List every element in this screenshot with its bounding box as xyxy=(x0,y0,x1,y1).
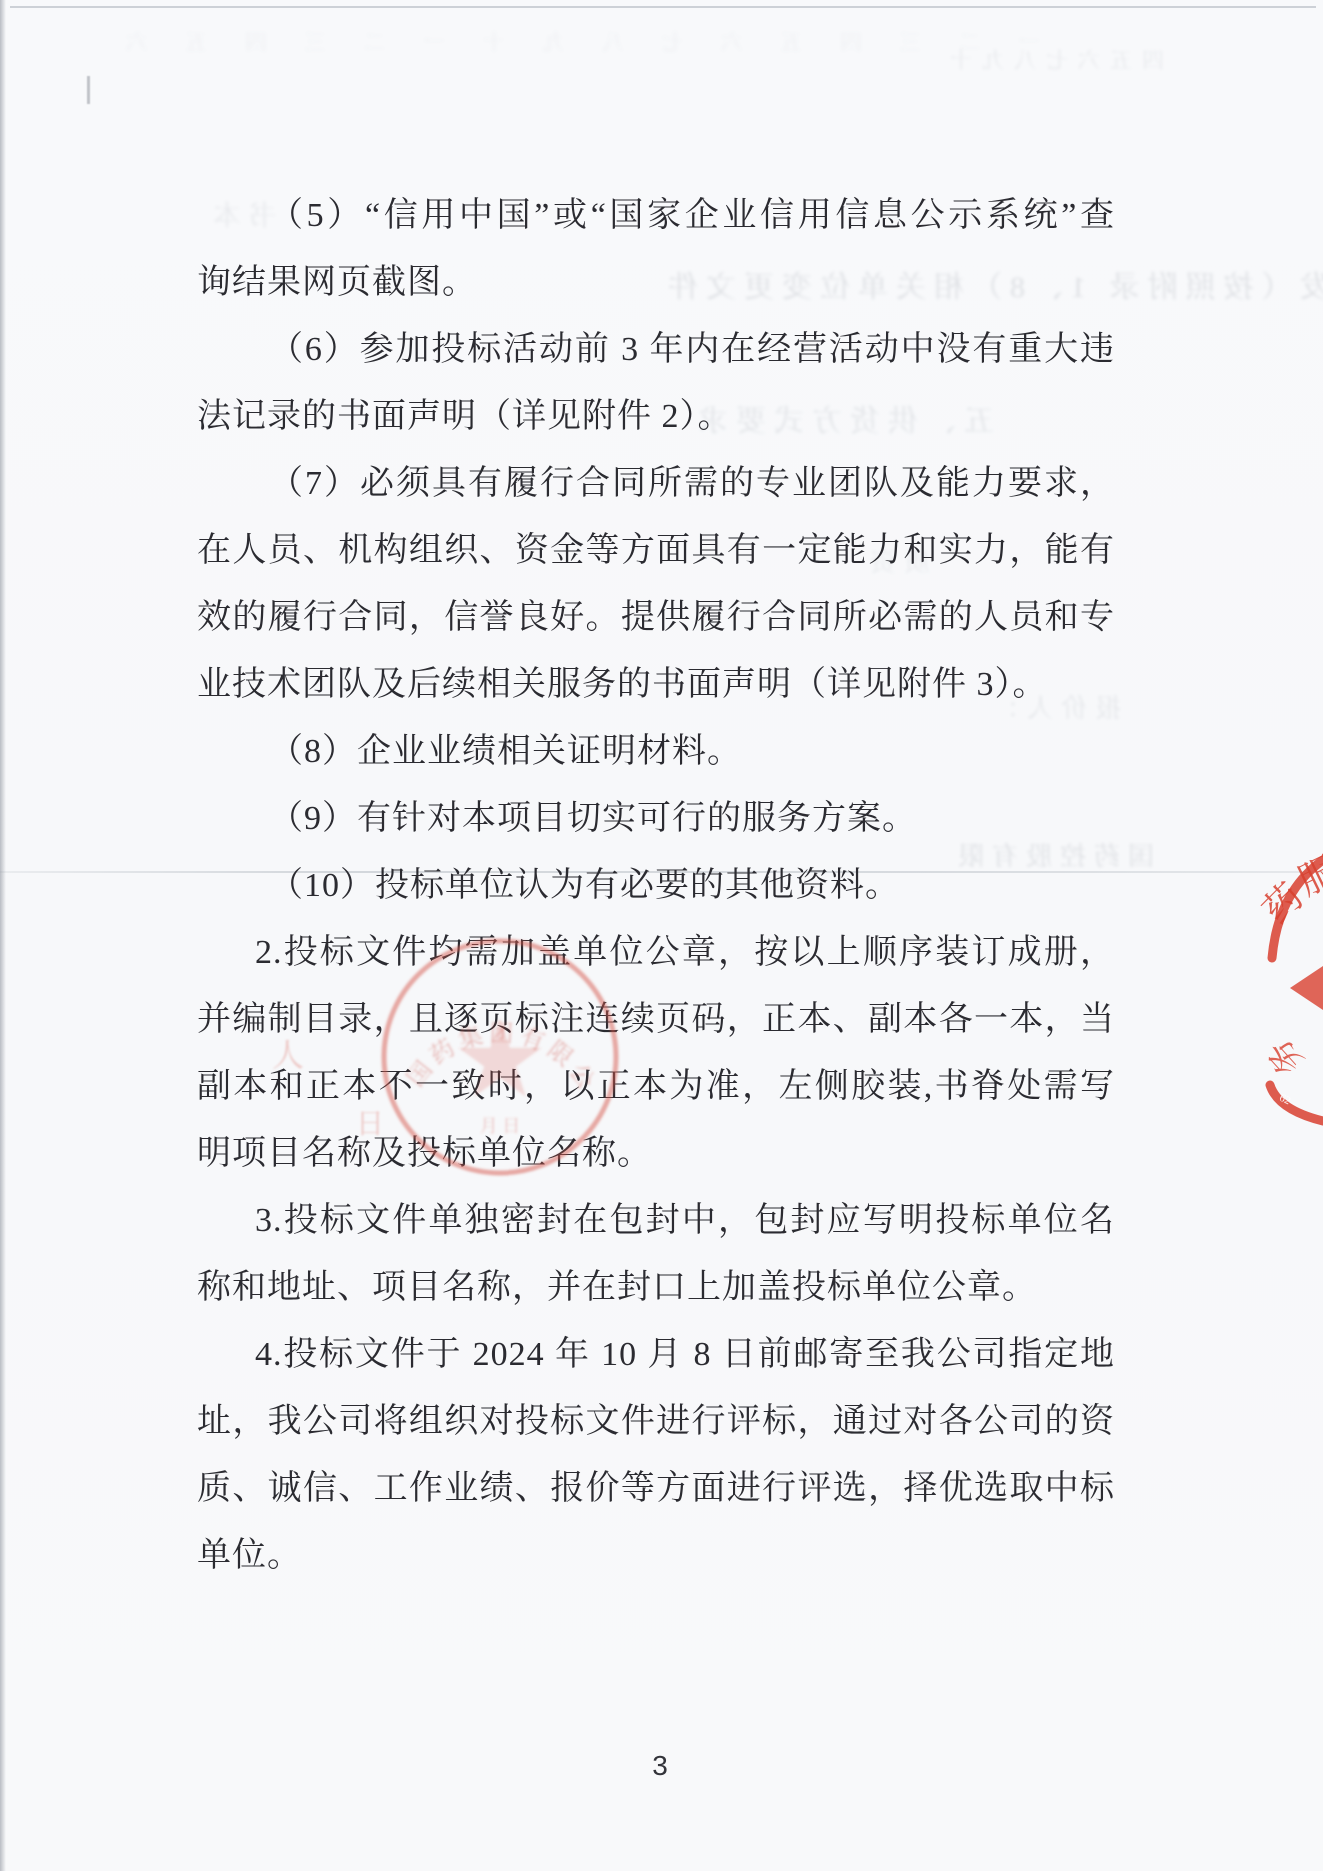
document-line: 效的履行合同，信誉良好。提供履行合同所必需的人员和专 xyxy=(197,596,1115,644)
document-line: 称和地址、项目名称，并在封口上加盖投标单位公章。 xyxy=(197,1266,1115,1314)
partial-seal-stamp: 药 服 务 62 xyxy=(1240,840,1323,1140)
document-line: （6）参加投标活动前 3 年内在经营活动中没有重大违 xyxy=(197,328,1115,376)
document-line: 质、诚信、工作业绩、报价等方面进行评选，择优选取中标 xyxy=(197,1467,1115,1515)
document-line: 法记录的书面声明（详见附件 2）。 xyxy=(197,395,1115,443)
document-line: （8）企业业绩相关证明材料。 xyxy=(197,730,1115,778)
scanned-document-page: 一 二 三 四 五 六 七 八 九 十 一 二 三 四 五 六 四五六七八九十 … xyxy=(0,0,1323,1871)
document-line: （10）投标单位认为有必要的其他资料。 xyxy=(197,864,1115,912)
document-line: 业技术团队及后续相关服务的书面声明（详见附件 3）。 xyxy=(197,663,1115,711)
document-line: 4.投标文件于 2024 年 10 月 8 日前邮寄至我公司指定地 xyxy=(197,1333,1115,1381)
page-number: 3 xyxy=(620,1750,700,1782)
seal-star-tip xyxy=(1290,966,1323,1010)
document-line: 址，我公司将组织对投标文件进行评标，通过对各公司的资 xyxy=(197,1400,1115,1448)
document-line: 2.投标文件均需加盖单位公章，按以上顺序装订成册， xyxy=(197,931,1115,979)
document-line: 副本和正本不一致时，以正本为准，左侧胶装,书脊处需写 xyxy=(197,1065,1115,1113)
document-line: 在人员、机构组织、资金等方面具有一定能力和实力，能有 xyxy=(197,529,1115,577)
scan-left-edge-shadow xyxy=(0,0,6,1871)
document-line: 单位。 xyxy=(197,1534,1115,1582)
document-line: 询结果网页截图。 xyxy=(197,261,1115,309)
seal-star-icon: ★ xyxy=(452,1001,549,1120)
seal-char: 务 xyxy=(1260,1031,1311,1082)
document-line: （5）“信用中国”或“国家企业信用信息公示系统”查 xyxy=(197,194,1115,242)
seal-bottom-text: 月 日 xyxy=(480,1116,521,1136)
document-line: （7）必须具有履行合同所需的专业团队及能力要求， xyxy=(197,462,1115,510)
document-line: 并编制目录，且逐页标注连续页码，正本、副本各一本，当 xyxy=(197,998,1115,1046)
scan-artifact-mark xyxy=(87,76,90,104)
bleedthrough-text: 一 二 三 四 五 六 七 八 九 十 一 二 三 四 五 六 xyxy=(110,26,1041,57)
company-seal-stamp: ★ 国药集团有限公司 月 日 xyxy=(360,920,640,1200)
seal-ring-arc xyxy=(1270,1085,1323,1121)
document-line: 3.投标文件单独密封在包封中，包封应写明投标单位名 xyxy=(197,1199,1115,1247)
scan-top-edge-line xyxy=(10,6,1316,8)
document-line: 明项目名称及投标单位名称。 xyxy=(197,1132,1115,1180)
bleedthrough-text: 四五六七八九十 xyxy=(940,44,1164,75)
document-line: （9）有针对本项目切实可行的服务方案。 xyxy=(197,797,1115,845)
